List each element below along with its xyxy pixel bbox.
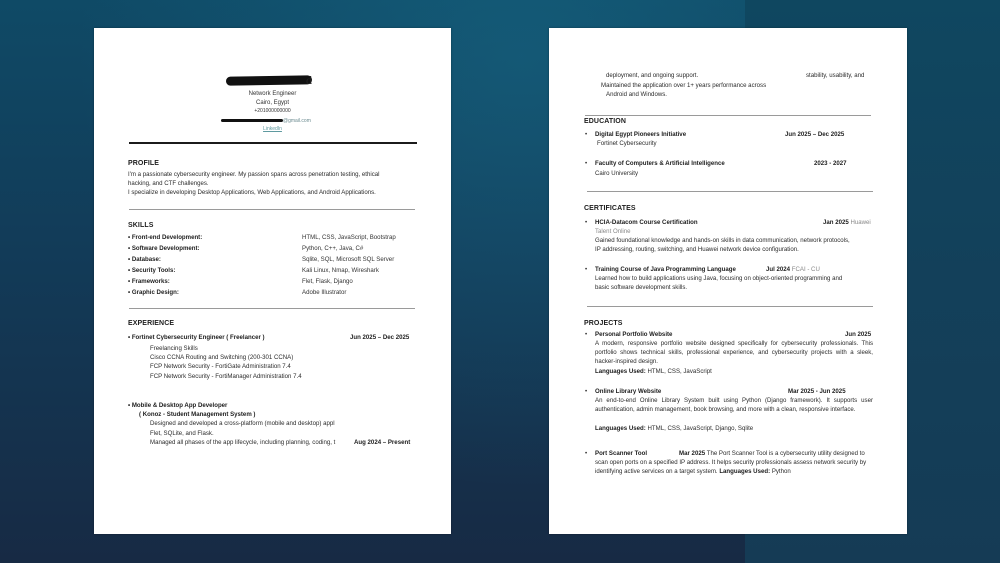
- job-project-2: ( Konoz - Student Management System ): [139, 411, 255, 420]
- section-divider: [587, 191, 873, 192]
- redacted-email: [221, 119, 283, 122]
- education-dates: Jun 2025 – Dec 2025: [785, 131, 844, 140]
- langs-label: Languages Used:: [595, 425, 646, 432]
- skill-value: HTML, CSS, JavaScript, Bootstrap: [302, 234, 396, 243]
- linkedin-link-row: LinkedIn: [94, 126, 451, 133]
- certificate-desc: IP addressing, routing, switching, and H…: [595, 246, 799, 255]
- continued-line: Maintained the application over 1+ years…: [601, 82, 766, 91]
- profile-line: I'm a passionate cybersecurity engineer.…: [128, 171, 379, 180]
- skill-label: • Security Tools:: [128, 267, 175, 276]
- project-date: Mar 2025: [679, 450, 705, 457]
- langs-label: Languages Used:: [595, 368, 646, 375]
- project-desc: The Port Scanner Tool is a cybersecurity…: [707, 450, 858, 457]
- job-detail: Freelancing Skills: [150, 345, 198, 354]
- bullet: •: [585, 131, 587, 140]
- email[interactable]: @gmail.com: [221, 118, 311, 125]
- certificate-date-issuer: Jan 2025 Huawei: [823, 219, 871, 228]
- experience-heading: EXPERIENCE: [128, 319, 174, 329]
- certificate-desc: basic software development skills.: [595, 284, 687, 293]
- continued-line: deployment, and ongoing support.: [606, 72, 698, 81]
- bullet: •: [585, 160, 587, 169]
- linkedin-link[interactable]: LinkedIn: [263, 126, 282, 132]
- project-date: Mar 2025 - Jun 2025: [788, 388, 846, 397]
- skill-label: • Front-end Development:: [128, 234, 202, 243]
- continued-line-right: stability, usability, and: [806, 72, 864, 81]
- skill-value: Flet, Flask, Django: [302, 278, 353, 287]
- job-title: Network Engineer: [94, 90, 451, 99]
- bullet: •: [585, 331, 587, 340]
- profile-line: hacking, and CTF challenges.: [128, 180, 209, 189]
- name-tail: d: [306, 72, 312, 89]
- skill-value: Kali Linux, Nmap, Wireshark: [302, 267, 379, 276]
- projects-heading: PROJECTS: [584, 319, 623, 329]
- resume-page-2: deployment, and ongoing support. stabili…: [549, 28, 907, 534]
- certificate-desc: Learned how to build applications using …: [595, 275, 842, 284]
- bullet: •: [585, 266, 587, 275]
- job-detail: Managed all phases of the app lifecycle,…: [150, 439, 335, 448]
- langs-value: HTML, CSS, JavaScript, Django, Sqlite: [648, 425, 754, 432]
- project-langs: Languages Used: HTML, CSS, JavaScript: [595, 368, 712, 377]
- job-detail: Designed and developed a cross-platform …: [150, 420, 335, 429]
- resume-page-1: d Network Engineer Cairo, Egypt +2010000…: [94, 28, 451, 534]
- education-dates: 2023 - 2027: [814, 160, 847, 169]
- certificate-name: Training Course of Java Programming Lang…: [595, 266, 736, 275]
- continued-line: Android and Windows.: [606, 91, 667, 100]
- job-detail: FCP Network Security - FortiGate Adminis…: [150, 363, 291, 372]
- job-dates-2: Aug 2024 – Present: [354, 439, 410, 448]
- section-divider: [129, 308, 415, 309]
- skills-heading: SKILLS: [128, 221, 154, 231]
- skill-label: • Frameworks:: [128, 278, 170, 287]
- certificate-issuer: FCAI - CU: [792, 266, 820, 273]
- langs-label: Languages Used:: [719, 468, 770, 475]
- certificate-date: Jan 2025: [823, 219, 849, 226]
- redacted-name: [226, 75, 312, 85]
- skill-label: • Database:: [128, 256, 161, 265]
- project-port-scanner: Port Scanner ToolMar 2025 The Port Scann…: [595, 450, 877, 476]
- section-divider: [585, 115, 871, 116]
- project-langs: Languages Used: HTML, CSS, JavaScript, D…: [595, 425, 753, 434]
- certificate-name: HCIA-Datacom Course Certification: [595, 219, 698, 228]
- bullet: •: [585, 450, 587, 459]
- certificate-date-issuer: Jul 2024 FCAI - CU: [766, 266, 820, 275]
- bullet: •: [585, 219, 587, 228]
- profile-line: I specialize in developing Desktop Appli…: [128, 189, 376, 198]
- section-divider: [129, 209, 415, 210]
- certificate-issuer-cont: Talent Online: [595, 228, 631, 237]
- project-desc: A modern, responsive portfolio website d…: [595, 340, 873, 366]
- phone: +201000000000: [94, 108, 451, 115]
- project-name: Personal Portfolio Website: [595, 331, 672, 340]
- skill-label: • Software Development:: [128, 245, 200, 254]
- bullet: •: [585, 388, 587, 397]
- certificate-date: Jul 2024: [766, 266, 790, 273]
- job-dates-1: Jun 2025 – Dec 2025: [350, 334, 409, 343]
- profile-heading: PROFILE: [128, 159, 159, 169]
- job-detail: Flet, SQLite, and Flask.: [150, 430, 214, 439]
- skill-label: • Graphic Design:: [128, 289, 179, 298]
- skill-value: Python, C++, Java, C#: [302, 245, 363, 254]
- project-desc: An end-to-end Online Library System buil…: [595, 397, 873, 415]
- certificate-desc: Gained foundational knowledge and hands-…: [595, 237, 850, 246]
- education-sub: Cairo University: [595, 170, 638, 179]
- certificates-heading: CERTIFICATES: [584, 204, 636, 214]
- location: Cairo, Egypt: [94, 99, 451, 108]
- job-title-1: • Fortinet Cybersecurity Engineer ( Free…: [128, 334, 265, 343]
- education-name: Faculty of Computers & Artificial Intell…: [595, 160, 725, 169]
- skill-value: Sqlite, SQL, Microsoft SQL Server: [302, 256, 394, 265]
- job-title-2: • Mobile & Desktop App Developer: [128, 402, 227, 411]
- header-divider: [129, 142, 417, 144]
- education-heading: EDUCATION: [584, 117, 626, 127]
- skill-value: Adobe Illustrator: [302, 289, 346, 298]
- langs-value: Python: [772, 468, 791, 475]
- email-domain: @gmail.com: [283, 118, 311, 124]
- project-name: Online Library Website: [595, 388, 661, 397]
- langs-value: HTML, CSS, JavaScript: [648, 368, 712, 375]
- certificate-issuer: Huawei: [850, 219, 870, 226]
- project-date: Jun 2025: [845, 331, 871, 340]
- education-sub: Fortinet Cybersecurity: [597, 140, 657, 149]
- project-name: Port Scanner Tool: [595, 450, 647, 457]
- job-detail: FCP Network Security - FortiManager Admi…: [150, 373, 302, 382]
- job-detail: Cisco CCNA Routing and Switching (200-30…: [150, 354, 293, 363]
- section-divider: [587, 306, 873, 307]
- education-name: Digital Egypt Pioneers Initiative: [595, 131, 686, 140]
